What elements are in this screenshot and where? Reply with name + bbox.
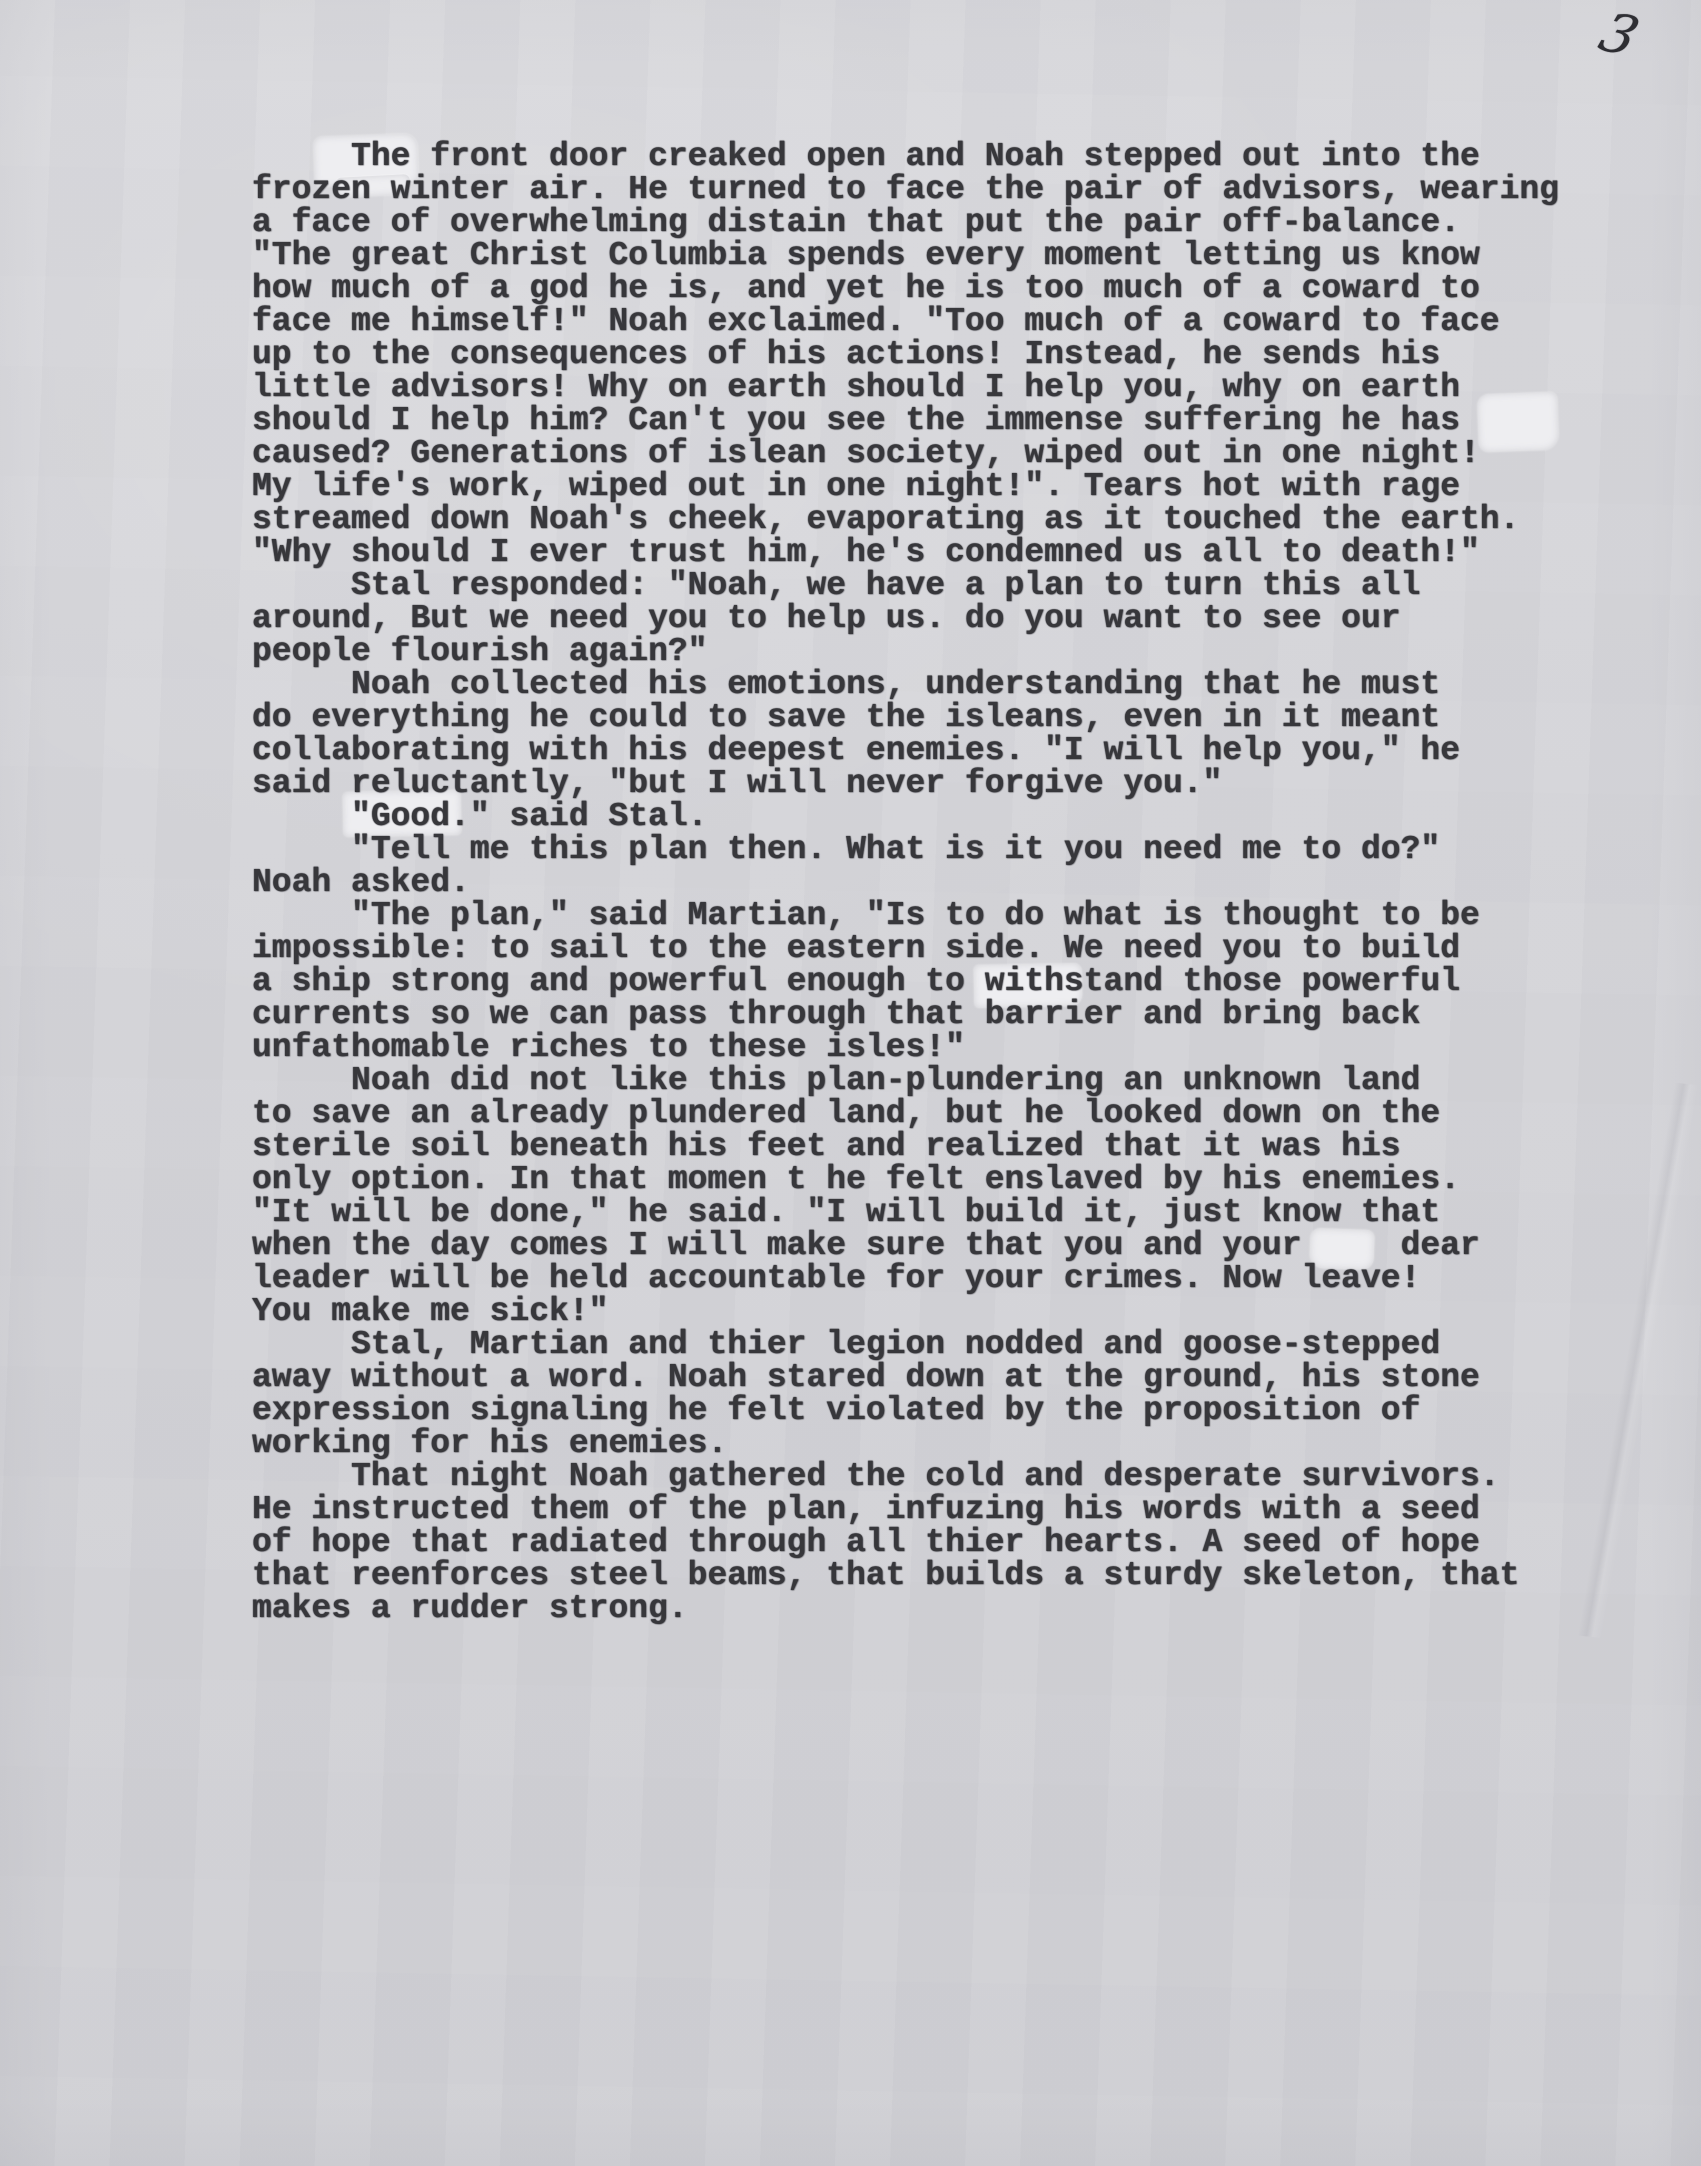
- paragraph-9: That night Noah gathered the cold and de…: [252, 1460, 1559, 1625]
- paragraph-4: "Good." said Stal.: [252, 800, 1559, 833]
- paragraph-7: Noah did not like this plan-plundering a…: [252, 1064, 1559, 1328]
- paragraph-3: Noah collected his emotions, understandi…: [252, 668, 1559, 800]
- paragraph-5: "Tell me this plan then. What is it you …: [252, 833, 1559, 899]
- paragraph-2: Stal responded: "Noah, we have a plan to…: [252, 569, 1559, 668]
- handwritten-page-number: 3: [1593, 6, 1645, 64]
- typed-text-block: The front door creaked open and Noah ste…: [252, 140, 1559, 1625]
- paragraph-8: Stal, Martian and thier legion nodded an…: [252, 1328, 1559, 1460]
- paragraph-1: The front door creaked open and Noah ste…: [252, 140, 1559, 569]
- paper-crease: [1571, 1078, 1699, 1642]
- scanned-typewritten-page: 3 The front door creaked open and Noah s…: [0, 0, 1701, 2166]
- paragraph-6: "The plan," said Martian, "Is to do what…: [252, 899, 1559, 1064]
